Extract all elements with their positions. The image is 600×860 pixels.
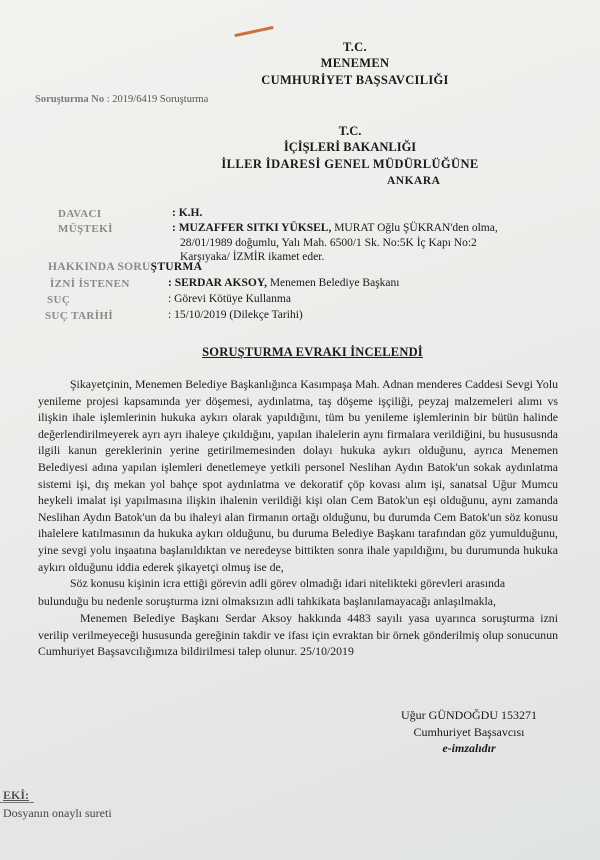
header-district: MENEMEN: [55, 56, 600, 71]
document-heading: SORUŞTURMA EVRAKI İNCELENDİ: [200, 345, 425, 360]
complainant-address-1: 28/01/1989 doğumlu, Yalı Mah. 6500/1 Sk.…: [180, 237, 477, 249]
body-paragraph-4: Menemen Belediye Başkanı Serdar Aksoy ha…: [38, 610, 558, 660]
attachment-divider: [0, 802, 34, 803]
crime-date-label: SUÇ TARİHİ: [45, 310, 113, 322]
case-number-label: Soruşturma No: [35, 94, 104, 105]
section-title-part1: HAKKINDA SORU: [48, 261, 151, 273]
signatory-title: Cumhuriyet Başsavcısı: [384, 725, 554, 740]
complainant-parents: MURAT Oğlu ŞÜKRAN'den olma,: [331, 222, 497, 234]
recipient-tc: T.C.: [250, 124, 450, 139]
complainant-value: : MUZAFFER SITKI YÜKSEL, MURAT Oğlu ŞÜKR…: [172, 222, 498, 234]
body-paragraph-1: Şikayetçinin, Menemen Belediye Başkanlığ…: [38, 376, 558, 575]
complainant-name: : MUZAFFER SITKI YÜKSEL,: [172, 222, 331, 234]
permission-requested-value: : SERDAR AKSOY, Menemen Belediye Başkanı: [168, 277, 399, 289]
crime-value: : Görevi Kötüye Kullanma: [168, 293, 291, 305]
case-number-value: : 2019/6419 Soruşturma: [107, 94, 209, 105]
signatory-name: Uğur GÜNDOĞDU 153271: [384, 708, 554, 723]
attachment-label: EKİ:: [3, 788, 29, 803]
section-title-part2: ŞTURMA: [151, 261, 203, 273]
recipient-ministry: İÇİŞLERİ BAKANLIĞI: [200, 140, 500, 155]
plaintiff-name: : K.H.: [172, 207, 202, 219]
crime-label: SUÇ: [47, 294, 70, 306]
accused-title: Menemen Belediye Başkanı: [267, 277, 400, 289]
attachment-value: Dosyanın onaylı sureti: [3, 806, 112, 821]
header-tc: T.C.: [55, 40, 600, 55]
body-paragraph-3: bulunduğu bu nedenle soruşturma izni olm…: [38, 593, 558, 610]
document-page: T.C. MENEMEN CUMHURİYET BAŞSAVCILIĞI Sor…: [0, 0, 600, 860]
investigation-subject-title: HAKKINDA SORUŞTURMA: [48, 261, 202, 273]
recipient-city: ANKARA: [387, 175, 440, 187]
accused-name: : SERDAR AKSOY,: [168, 277, 267, 289]
body-paragraph-2: Söz konusu kişinin icra ettiği görevin a…: [38, 575, 548, 592]
pen-mark: [234, 26, 274, 37]
complainant-label: MÜŞTEKİ: [58, 223, 113, 235]
header-office: CUMHURİYET BAŞSAVCILIĞI: [55, 73, 600, 88]
crime-date-value: : 15/10/2019 (Dilekçe Tarihi): [168, 309, 303, 321]
e-signature-note: e-imzalıdır: [384, 741, 554, 756]
permission-requested-label: İZNİ İSTENEN: [50, 278, 130, 290]
plaintiff-value: : K.H.: [172, 207, 202, 219]
plaintiff-label: DAVACI: [58, 208, 102, 220]
case-number: Soruşturma No : 2019/6419 Soruşturma: [35, 94, 208, 105]
recipient-directorate: İLLER İDARESİ GENEL MÜDÜRLÜĞÜNE: [150, 157, 550, 172]
